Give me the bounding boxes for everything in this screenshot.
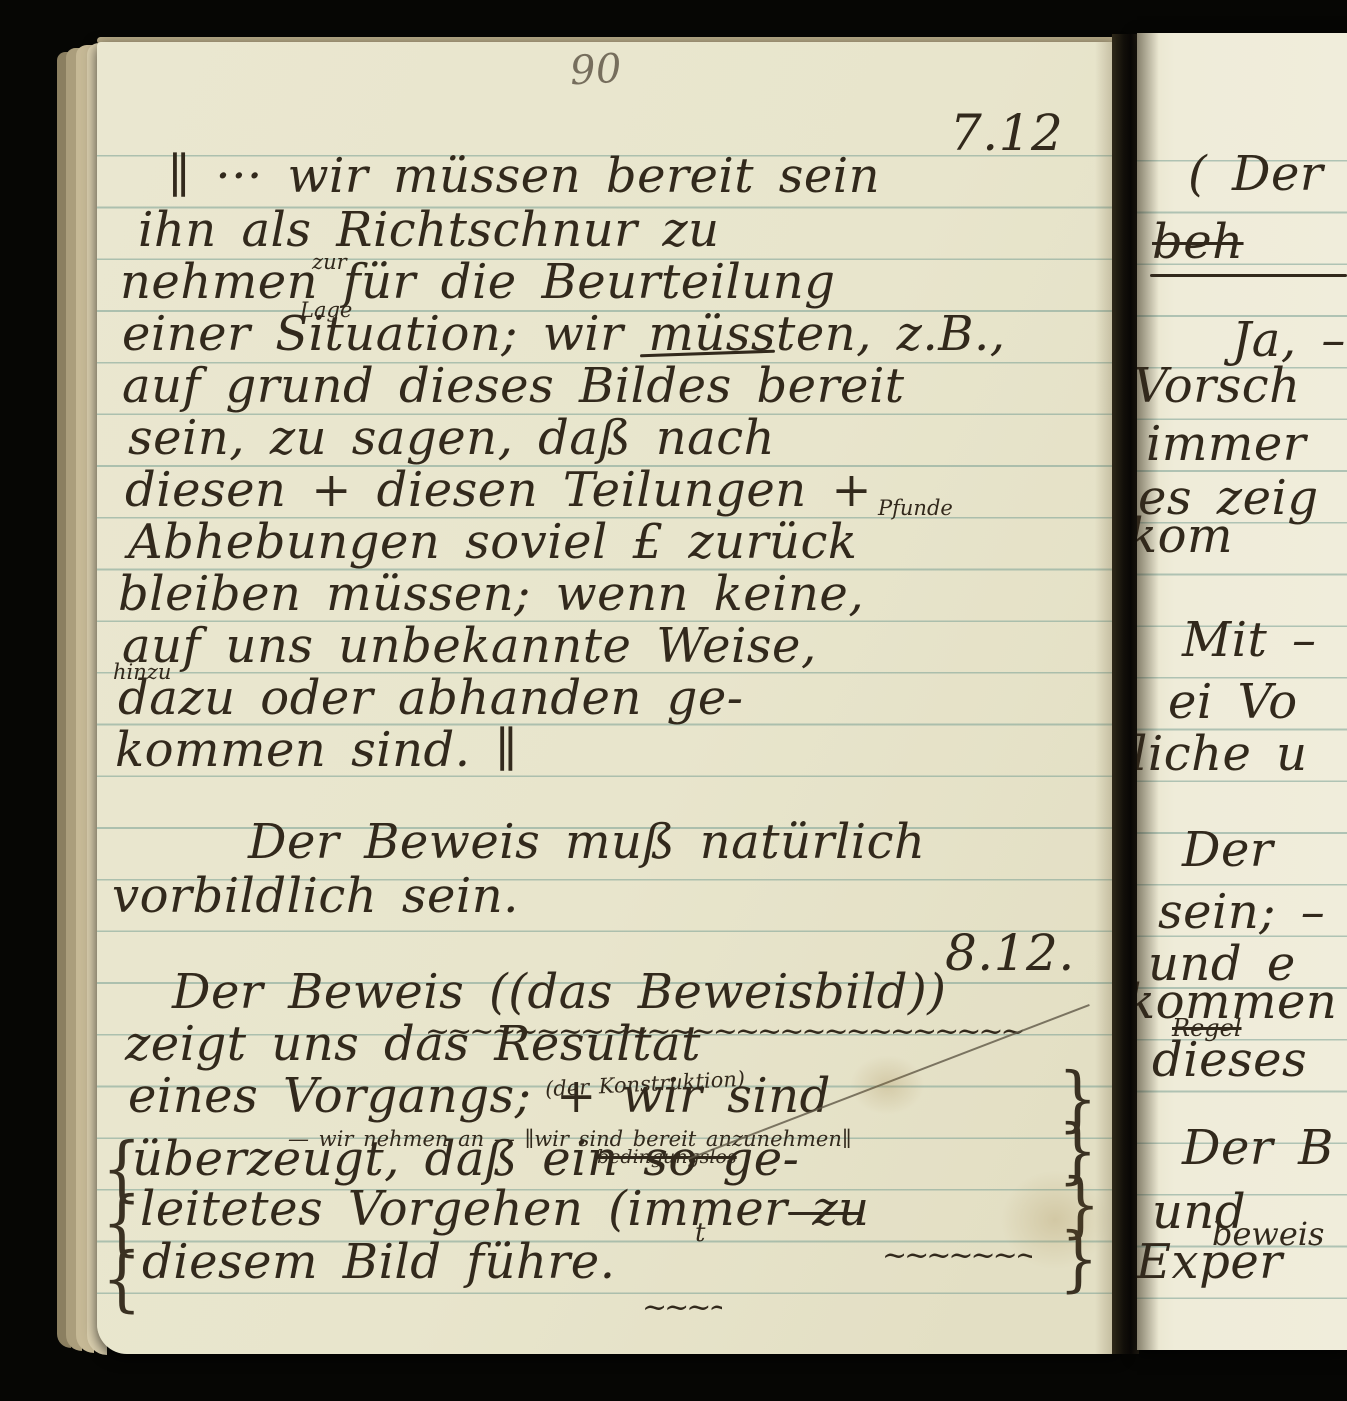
manuscript-line: auf uns unbekannte Weise,	[122, 622, 817, 670]
manuscript-fragment: Exper	[1137, 1238, 1283, 1286]
manuscript-fragment: liche u	[1137, 730, 1308, 778]
manuscript-fragment: Der B	[1182, 1124, 1334, 1172]
wavy-underline: ~~~~~	[642, 1302, 722, 1320]
manuscript-fragment: dieses	[1152, 1036, 1307, 1084]
entry-date: 7.12	[950, 108, 1063, 158]
underline-mark	[1150, 274, 1347, 277]
manuscript-line: ihn als Richtschnur zu	[138, 206, 720, 254]
manuscript-fragment: Vorsch	[1137, 362, 1301, 410]
interlinear-annotation: hinzu	[113, 662, 171, 683]
interlinear-annotation: Lage	[300, 300, 352, 321]
notebook-right-page: ( Der beh Ja, – Vorsch immer es zeig kom…	[1137, 33, 1347, 1350]
ink-stain	[1000, 1170, 1110, 1270]
interlinear-annotation: t	[695, 1220, 705, 1246]
manuscript-line: bleiben müssen; wenn keine,	[118, 570, 864, 618]
manuscript-line: dazu oder abhanden ge-	[118, 674, 743, 722]
interlinear-annotation: zur	[312, 252, 347, 273]
manuscript-fragment: ei Vo	[1168, 678, 1298, 726]
manuscript-fragment: ( Der	[1188, 150, 1323, 198]
notebook-left-page: 90 7.12 ∥ ··· wir müssen bereit sein ihn…	[97, 42, 1121, 1354]
manuscript-line: vorbildlich sein.	[112, 872, 519, 920]
wavy-underline: ~~~~~~~~~~~~~~~~~~~~~~~~~~~~~~~~~~~~~~~~	[425, 1026, 1025, 1044]
manuscript-line: sein, zu sagen, daß nach	[128, 414, 775, 462]
wavy-underline: ~~~~~~~~~~	[882, 1250, 1032, 1268]
margin-brace-mark: {	[102, 1243, 141, 1314]
ink-stain	[850, 1055, 925, 1115]
manuscript-fragment: Ja, –	[1232, 316, 1346, 364]
manuscript-line: auf grund dieses Bildes bereit	[122, 362, 905, 410]
manuscript-line: diesem Bild führe.	[142, 1238, 615, 1286]
manuscript-line: ∥ ··· wir müssen bereit sein	[168, 152, 880, 200]
manuscript-fragment: Mit –	[1182, 616, 1317, 664]
underline-mark	[788, 1212, 860, 1215]
deleted-word: bedingungslos	[597, 1148, 737, 1167]
interlinear-annotation: Pfunde	[878, 498, 953, 519]
manuscript-line: kommen sind. ∥	[115, 726, 518, 774]
interlinear-insertion: — wir nehmen an — ∥wir sind bereit anzun…	[288, 1129, 852, 1150]
manuscript-line: leitetes Vorgehen (immer zu	[140, 1185, 870, 1233]
manuscript-fragment: beh	[1152, 218, 1244, 266]
manuscript-fragment: sein; –	[1158, 888, 1325, 936]
manuscript-line: nehmen für die Beurteilung	[120, 258, 835, 306]
manuscript-line: Der Beweis ((das Beweisbild))	[172, 968, 946, 1016]
manuscript-fragment: Der	[1182, 826, 1273, 874]
manuscript-line: diesen + diesen Teilungen +	[125, 466, 872, 514]
manuscript-fragment: immer	[1146, 420, 1306, 468]
manuscript-fragment: kom	[1137, 512, 1233, 560]
scanned-notebook-photo: 90 7.12 ∥ ··· wir müssen bereit sein ihn…	[0, 0, 1347, 1401]
manuscript-line: Der Beweis muß natürlich	[248, 818, 925, 866]
manuscript-line: Abhebungen soviel £ zurück	[128, 518, 857, 566]
book-gutter	[1112, 34, 1139, 1354]
page-number: 90	[569, 49, 623, 92]
manuscript-line: einer Situation; wir müssten, z.B.,	[122, 310, 1006, 358]
entry-date: 8.12.	[945, 928, 1075, 978]
